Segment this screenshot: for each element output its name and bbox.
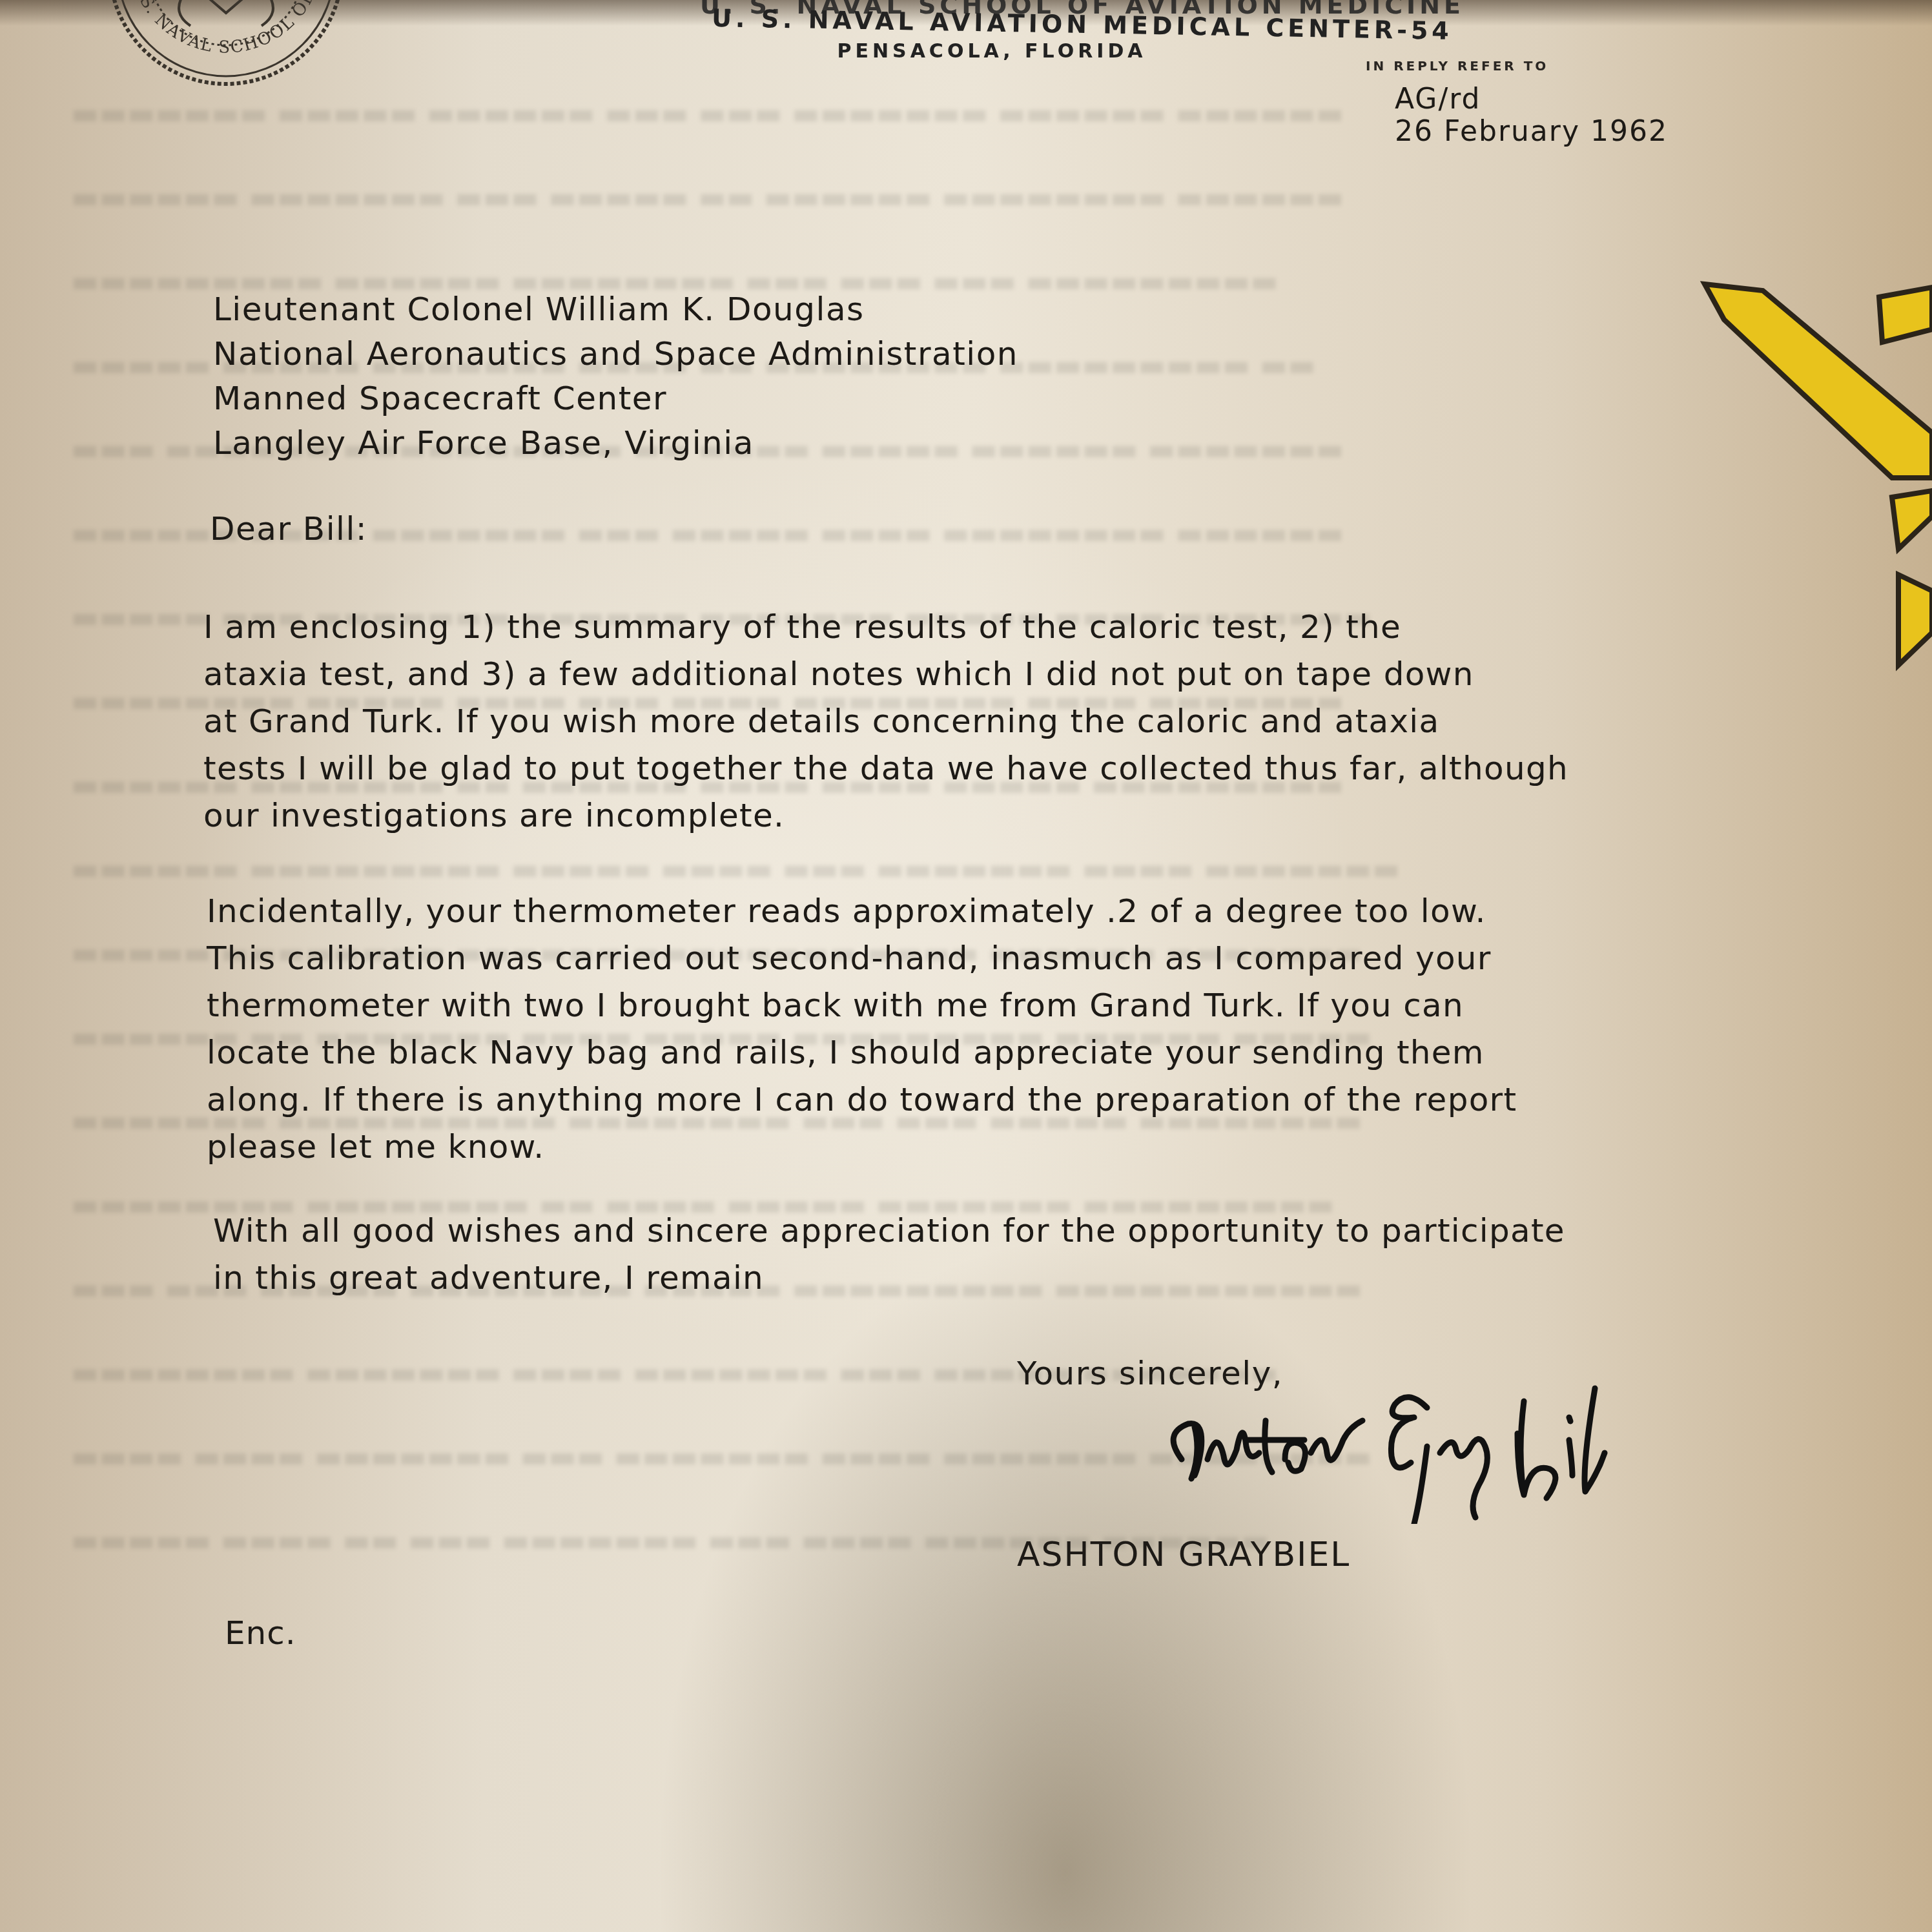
handwritten-signature-icon <box>1156 1375 1737 1524</box>
body-paragraph-1: I am enclosing 1) the summary of the res… <box>203 604 1689 839</box>
recipient-line: National Aeronautics and Space Administr… <box>213 332 1018 376</box>
letterhead-line-3: PENSACOLA, FLORIDA <box>26 40 1932 63</box>
reply-refer-label: IN REPLY REFER TO <box>1366 58 1548 74</box>
letter-date: 26 February 1962 <box>1395 115 1668 148</box>
recipient-line: Langley Air Force Base, Virginia <box>213 421 1018 466</box>
salutation: Dear Bill: <box>210 510 367 548</box>
enclosure-notation: Enc. <box>225 1614 296 1652</box>
yellow-clip-icon <box>1698 271 1932 775</box>
recipient-line: Manned Spacecraft Center <box>213 376 1018 421</box>
body-paragraph-3: With all good wishes and sincere appreci… <box>213 1207 1698 1302</box>
recipient-line: Lieutenant Colonel William K. Douglas <box>213 287 1018 332</box>
body-paragraph-2: Incidentally, your thermometer reads app… <box>207 888 1692 1171</box>
reference-code: AG/rd <box>1395 83 1481 116</box>
recipient-address: Lieutenant Colonel William K. Douglas Na… <box>213 287 1018 466</box>
signer-name: ASHTON GRAYBIEL <box>1017 1536 1350 1574</box>
